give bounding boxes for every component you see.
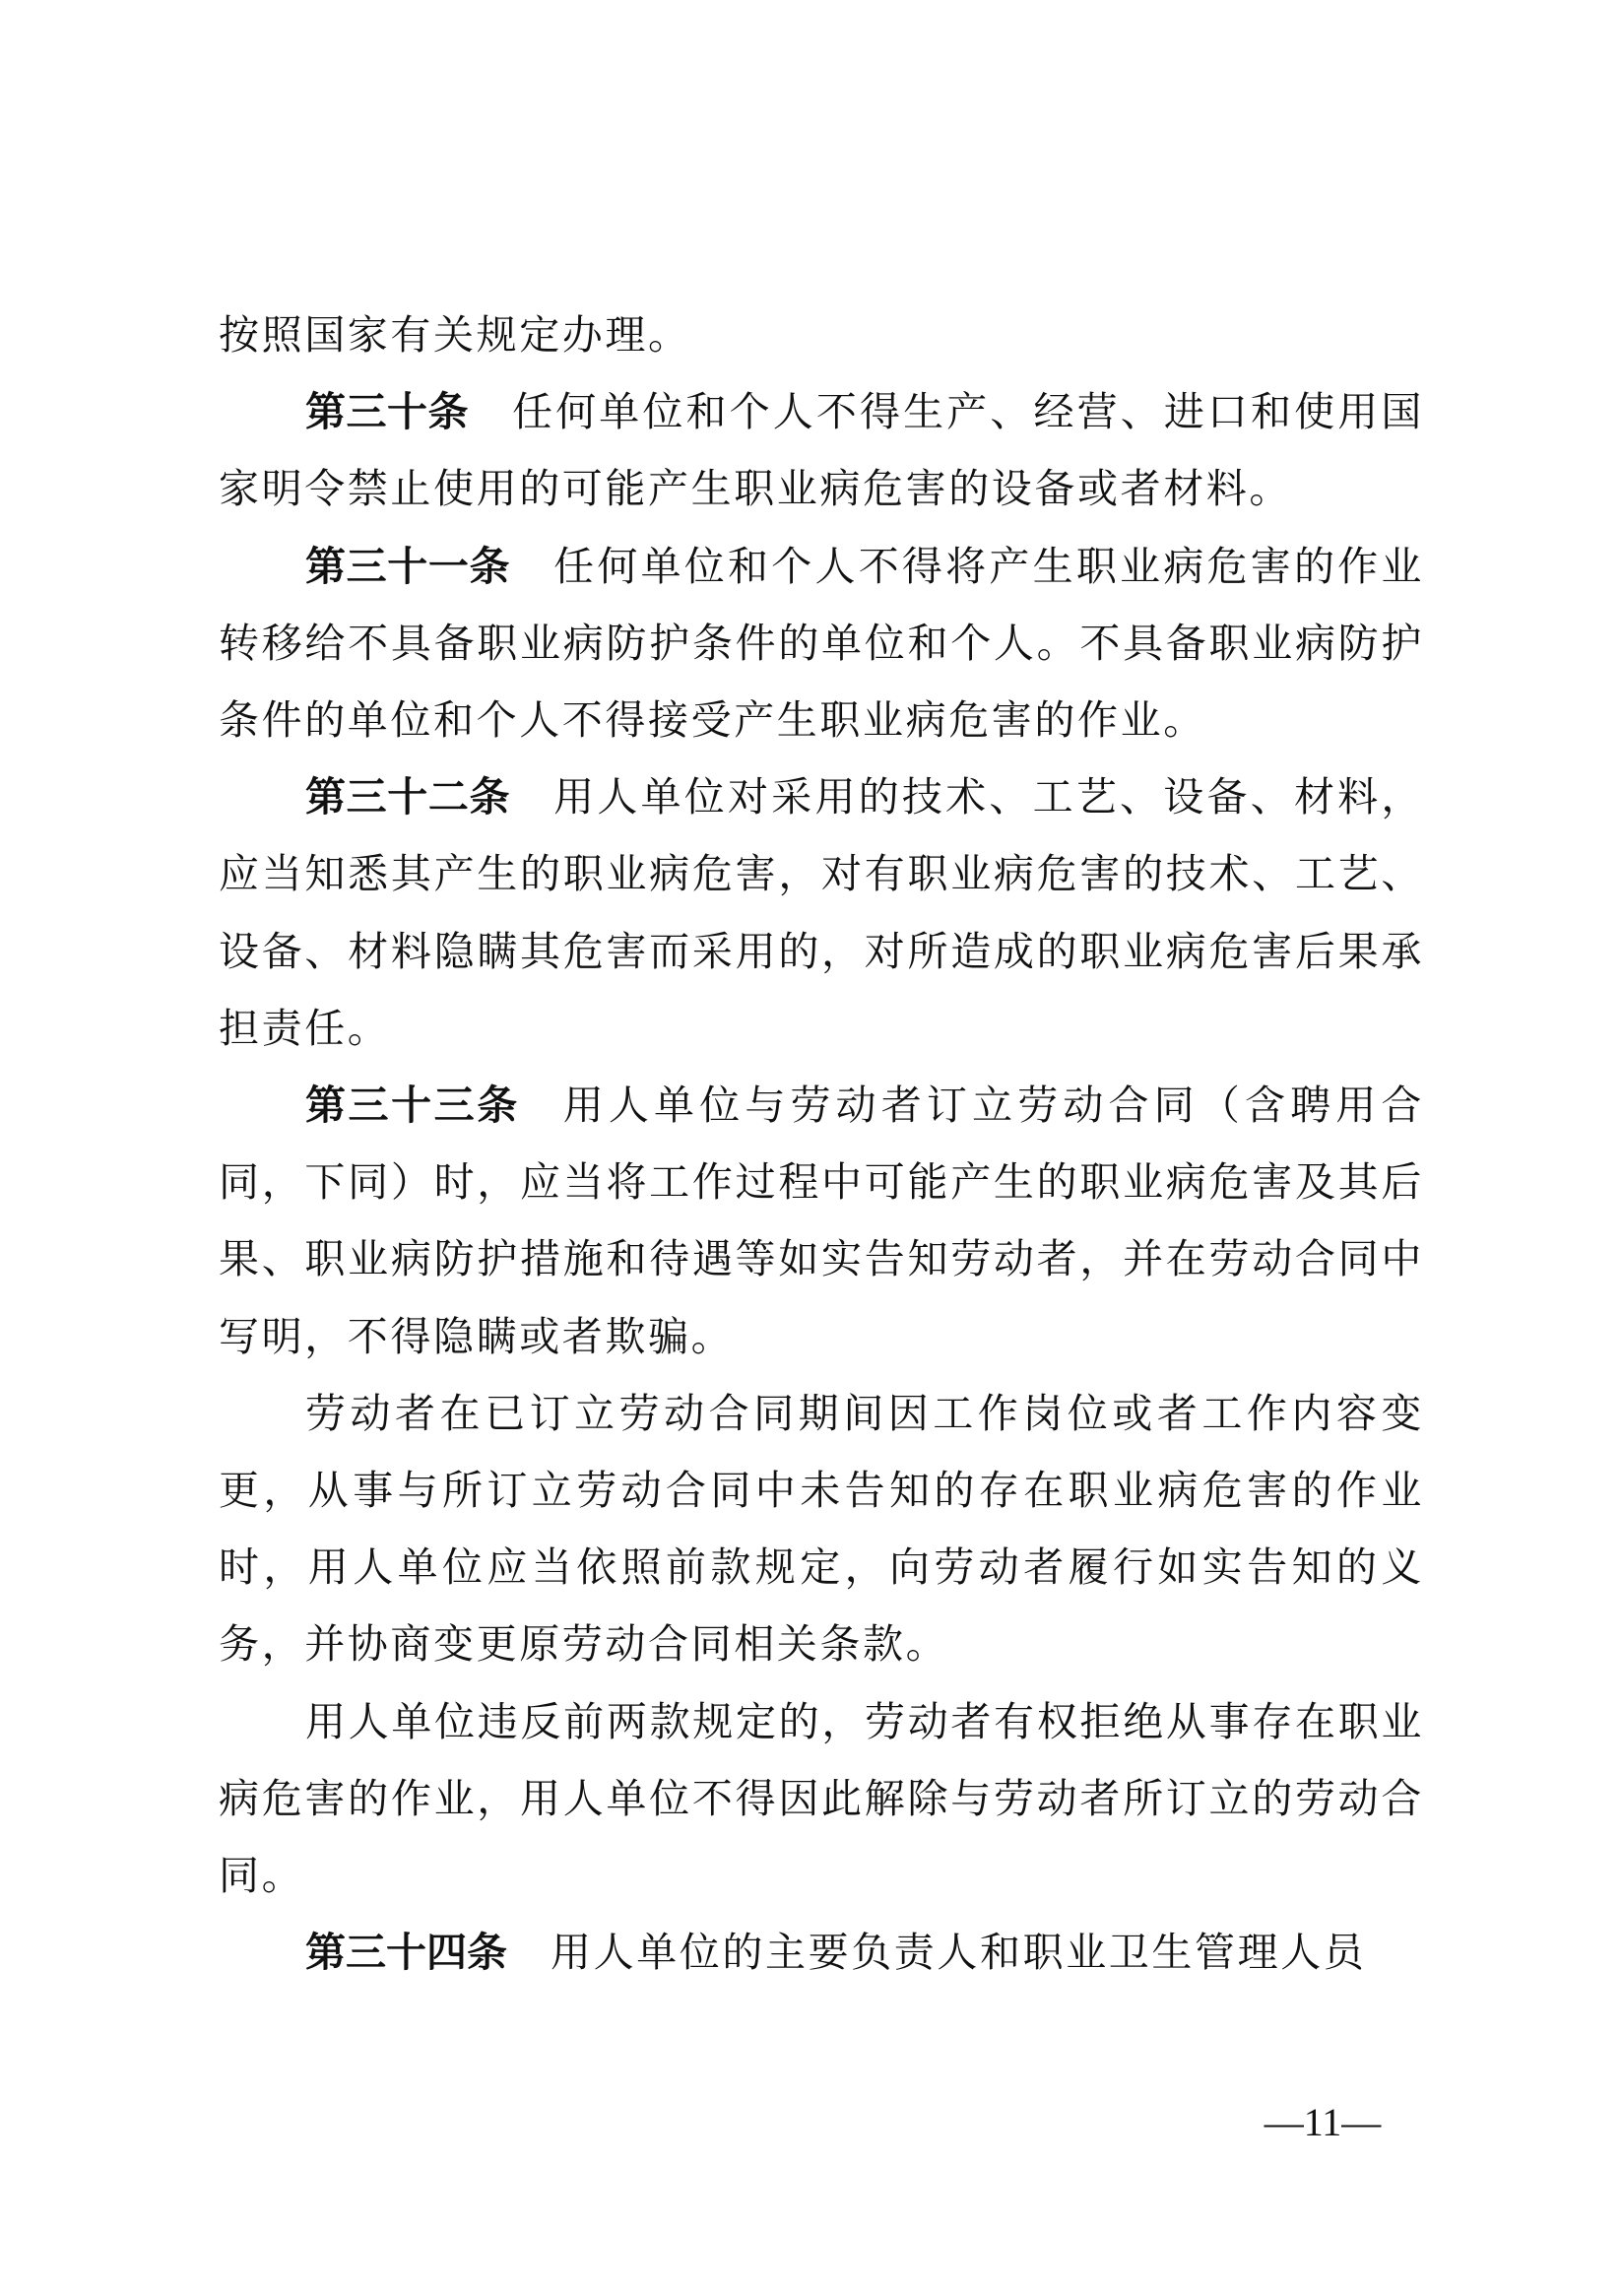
document-page: 按照国家有关规定办理。 第三十条任何单位和个人不得生产、经营、进口和使用国家明令…: [0, 0, 1621, 2296]
document-body: 按照国家有关规定办理。 第三十条任何单位和个人不得生产、经营、进口和使用国家明令…: [219, 296, 1424, 1991]
article-33: 第三十三条用人单位与劳动者订立劳动合同（含聘用合同，下同）时，应当将工作过程中可…: [219, 1067, 1424, 1375]
article-number: 第三十二条: [305, 773, 510, 820]
paragraph-text: 用人单位违反前两款规定的，劳动者有权拒绝从事存在职业病危害的作业，用人单位不得因…: [219, 1698, 1424, 1899]
article-32: 第三十二条用人单位对采用的技术、工艺、设备、材料，应当知悉其产生的职业病危害，对…: [219, 758, 1424, 1067]
article-33-clause-3: 用人单位违反前两款规定的，劳动者有权拒绝从事存在职业病危害的作业，用人单位不得因…: [219, 1683, 1424, 1915]
page-number: —11—: [1259, 2098, 1387, 2147]
article-33-clause-2: 劳动者在已订立劳动合同期间因工作岗位或者工作内容变更，从事与所订立劳动合同中未告…: [219, 1375, 1424, 1683]
article-number: 第三十条: [305, 388, 469, 435]
article-number: 第三十一条: [305, 543, 510, 590]
paragraph-text: 按照国家有关规定办理。: [219, 311, 691, 359]
paragraph-text: 劳动者在已订立劳动合同期间因工作岗位或者工作内容变更，从事与所订立劳动合同中未告…: [219, 1390, 1424, 1669]
article-number: 第三十四条: [305, 1929, 507, 1976]
article-number: 第三十三条: [305, 1082, 520, 1129]
article-30: 第三十条任何单位和个人不得生产、经营、进口和使用国家明令禁止使用的可能产生职业病…: [219, 373, 1424, 527]
article-34: 第三十四条用人单位的主要负责人和职业卫生管理人员: [219, 1914, 1424, 1991]
article-31: 第三十一条任何单位和个人不得将产生职业病危害的作业转移给不具备职业病防护条件的单…: [219, 528, 1424, 759]
paragraph-text: 用人单位的主要负责人和职业卫生管理人员: [551, 1929, 1366, 1976]
paragraph-continuation: 按照国家有关规定办理。: [219, 296, 1424, 373]
